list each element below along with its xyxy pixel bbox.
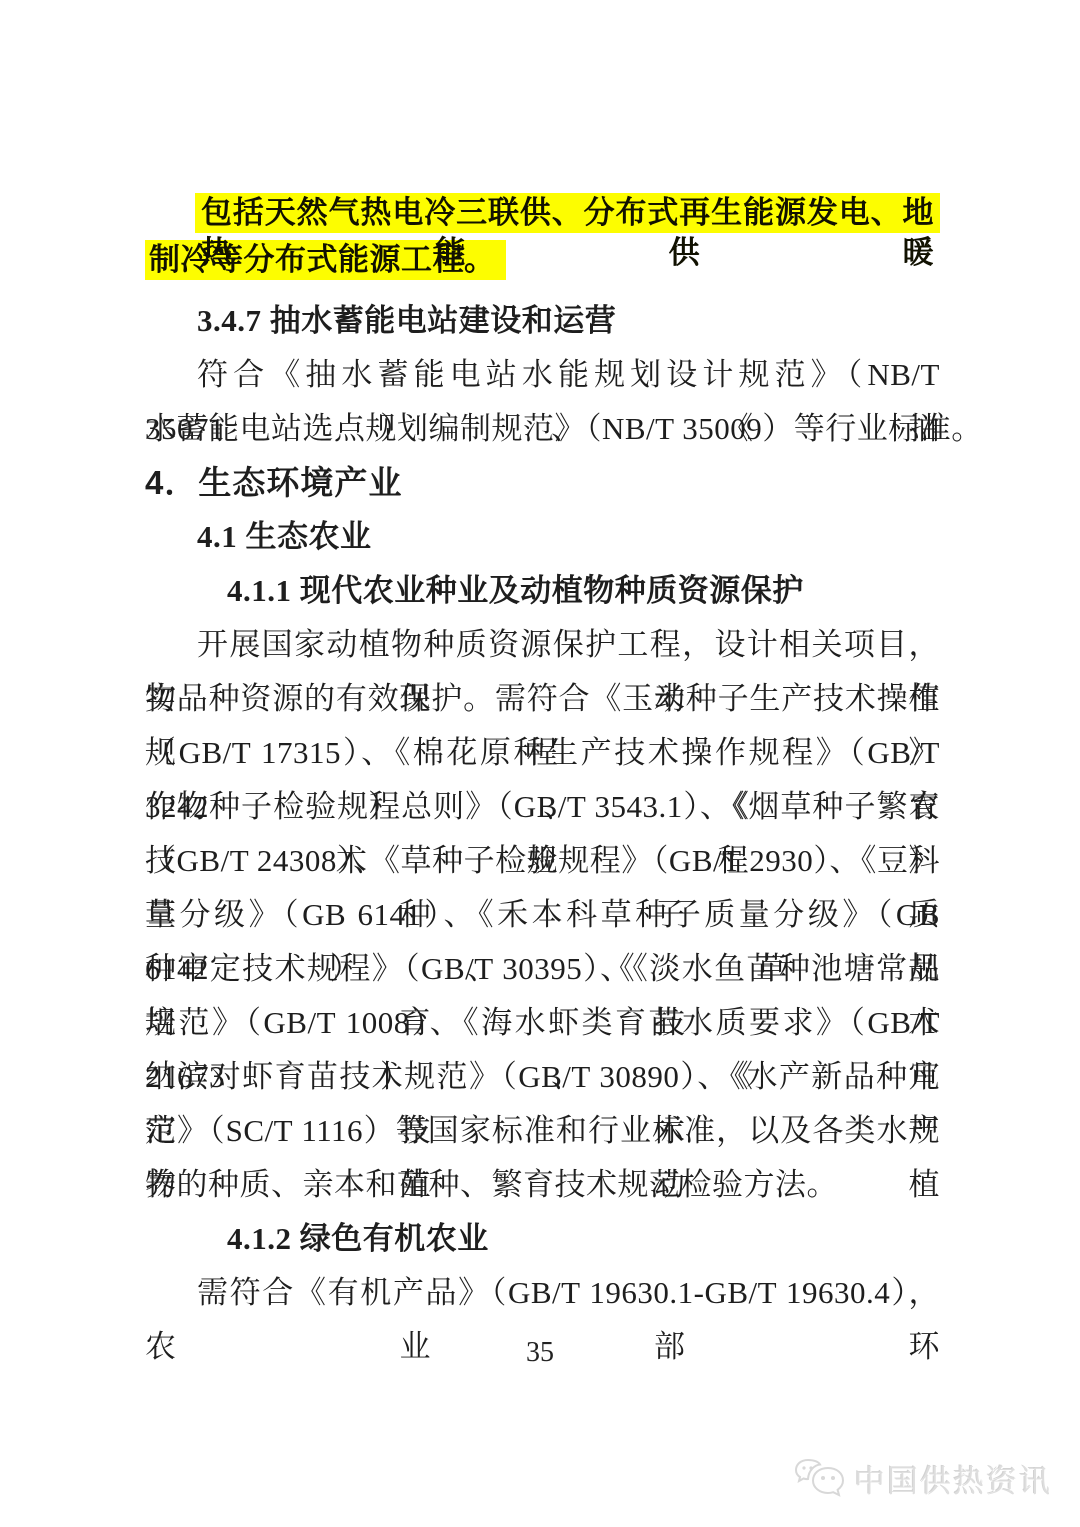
heading-4-1: 4.1 生态农业 xyxy=(145,510,940,564)
watermark-text: 中国供热资讯 xyxy=(854,1456,1052,1501)
highlighted-sentence-line-2: 制冷等分布式能源工程。 xyxy=(145,240,506,280)
paragraph-line: 需符合《有机产品》（GB/T 19630.1-GB/T 19630.4），农业部… xyxy=(145,1266,940,1320)
paragraph-line: 水蓄能电站选点规划编制规范》（NB/T 35009）等行业标准。 xyxy=(145,402,940,456)
paragraph-line: （GB/T 17315）、《棉花原种生产技术操作规程》（GB/T 3242）、《… xyxy=(145,726,940,780)
paragraph-line: 规范》（GB/T 1008）、《海水虾类育苗水质要求》（GB/T 21673）、… xyxy=(145,996,940,1050)
heading-3-4-7: 3.4.7 抽水蓄能电站建设和运营 xyxy=(145,294,940,348)
paragraph-line: 范》（SC/T 1116）等国家标准和行业标准，以及各类水产养殖动植 xyxy=(145,1104,940,1158)
paragraph-line: 量分级》（GB 6141）、《禾本科草种子质量分级》（GB 6142）、《草品 xyxy=(145,888,940,942)
page-number: 35 xyxy=(0,1326,1080,1380)
highlighted-sentence-line-1: 包括天然气热电冷三联供、分布式再生能源发电、地热能供暖 xyxy=(195,193,940,233)
heading-4-1-2: 4.1.2 绿色有机农业 xyxy=(145,1212,940,1266)
document-body: 包括天然气热电冷三联供、分布式再生能源发电、地热能供暖 制冷等分布式能源工程。 … xyxy=(145,186,940,1320)
paragraph-line: 符合《抽水蓄能电站水能规划设计规范》（NB/T 35071）、《抽 xyxy=(145,348,940,402)
paragraph-line: 开展国家动植物种质资源保护工程，设计相关项目，实现动植 xyxy=(145,618,940,672)
paragraph-line: 作物种子检验规程总则》（GB/T 3543.1）、《烟草种子繁育技术规程》 xyxy=(145,780,940,834)
heading-4-1-1: 4.1.1 现代农业种业及动植物种质资源保护 xyxy=(145,564,940,618)
document-page: 包括天然气热电冷三联供、分布式再生能源发电、地热能供暖 制冷等分布式能源工程。 … xyxy=(0,0,1080,1527)
paragraph-line: 物的种质、亲本和苗种、繁育技术规范检验方法。 xyxy=(145,1158,940,1212)
paragraph-line: 纳滨对虾育苗技术规范》（GB/T 30890）、《水产新品种审定技术规 xyxy=(145,1050,940,1104)
paragraph-line: 物品种资源的有效保护。需符合《玉米种子生产技术操作规程》 xyxy=(145,672,940,726)
wechat-chat-bubbles-icon xyxy=(794,1457,846,1501)
watermark: 中国供热资讯 xyxy=(794,1456,1052,1501)
paragraph-line: 种审定技术规程》（GB/T 30395）、《淡水鱼苗种池塘常规培育技术 xyxy=(145,942,940,996)
paragraph-line: （GB/T 24308）、《草种子检验规程》（GB/T 2930）、《豆科草种子… xyxy=(145,834,940,888)
heading-4-ecology-industry: 4．生态环境产业 xyxy=(145,456,940,510)
